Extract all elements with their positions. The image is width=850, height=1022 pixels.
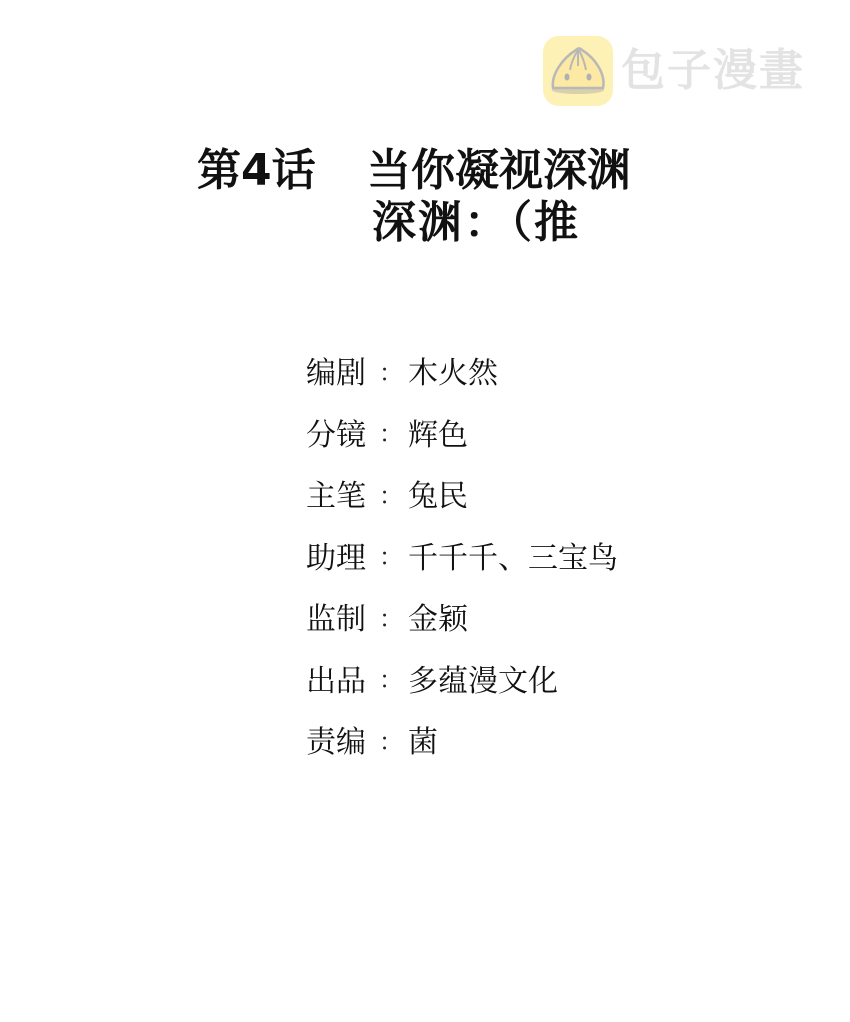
credit-row-assistant: 助理 ： 千千千、三宝鸟 — [306, 535, 618, 575]
chapter-title: 第4话 当你凝视深渊 深渊：（推 — [197, 145, 631, 249]
credit-name: 千千千、三宝鸟 — [408, 533, 618, 577]
credit-name: 金颖 — [408, 594, 468, 638]
credit-colon: ： — [374, 722, 408, 757]
credit-colon: ： — [374, 414, 408, 449]
credit-role: 监制 — [306, 594, 374, 638]
credit-role: 助理 — [306, 533, 374, 577]
credit-role: 分镜 — [306, 410, 374, 454]
credit-row-editor: 责编 ： 菌 — [306, 719, 618, 759]
credit-name: 多蕴漫文化 — [408, 656, 558, 700]
watermark-brand-text: 包子漫畫 — [621, 49, 805, 93]
watermark-logo: 包子漫畫 — [543, 35, 805, 107]
credit-row-producer: 出品 ： 多蕴漫文化 — [306, 658, 618, 698]
credit-colon: ： — [374, 599, 408, 634]
chapter-title-text: 当你凝视深渊 — [367, 145, 631, 197]
credit-colon: ： — [374, 537, 408, 572]
chapter-number: 第4话 — [197, 145, 367, 197]
credit-name: 兔民 — [408, 471, 468, 515]
credits-list: 编剧 ： 木火然 分镜 ： 辉色 主笔 ： 兔民 助理 ： 千千千、三宝鸟 监制… — [306, 350, 618, 781]
credit-name: 辉色 — [408, 410, 468, 454]
title-line-2: 深渊：（推 — [197, 197, 631, 249]
credit-row-lead-artist: 主笔 ： 兔民 — [306, 473, 618, 513]
credit-row-storyboard: 分镜 ： 辉色 — [306, 412, 618, 452]
steamed-bun-icon — [543, 36, 613, 106]
credit-row-screenwriter: 编剧 ： 木火然 — [306, 350, 618, 390]
credit-role: 责编 — [306, 717, 374, 761]
credit-role: 编剧 — [306, 348, 374, 392]
credit-role: 出品 — [306, 656, 374, 700]
credit-colon: ： — [374, 660, 408, 695]
credit-row-supervisor: 监制 ： 金颖 — [306, 596, 618, 636]
credit-name: 菌 — [408, 717, 438, 761]
credit-colon: ： — [374, 476, 408, 511]
credit-name: 木火然 — [408, 348, 498, 392]
credit-colon: ： — [374, 353, 408, 388]
title-line-1: 第4话 当你凝视深渊 — [197, 145, 631, 197]
credit-role: 主笔 — [306, 471, 374, 515]
